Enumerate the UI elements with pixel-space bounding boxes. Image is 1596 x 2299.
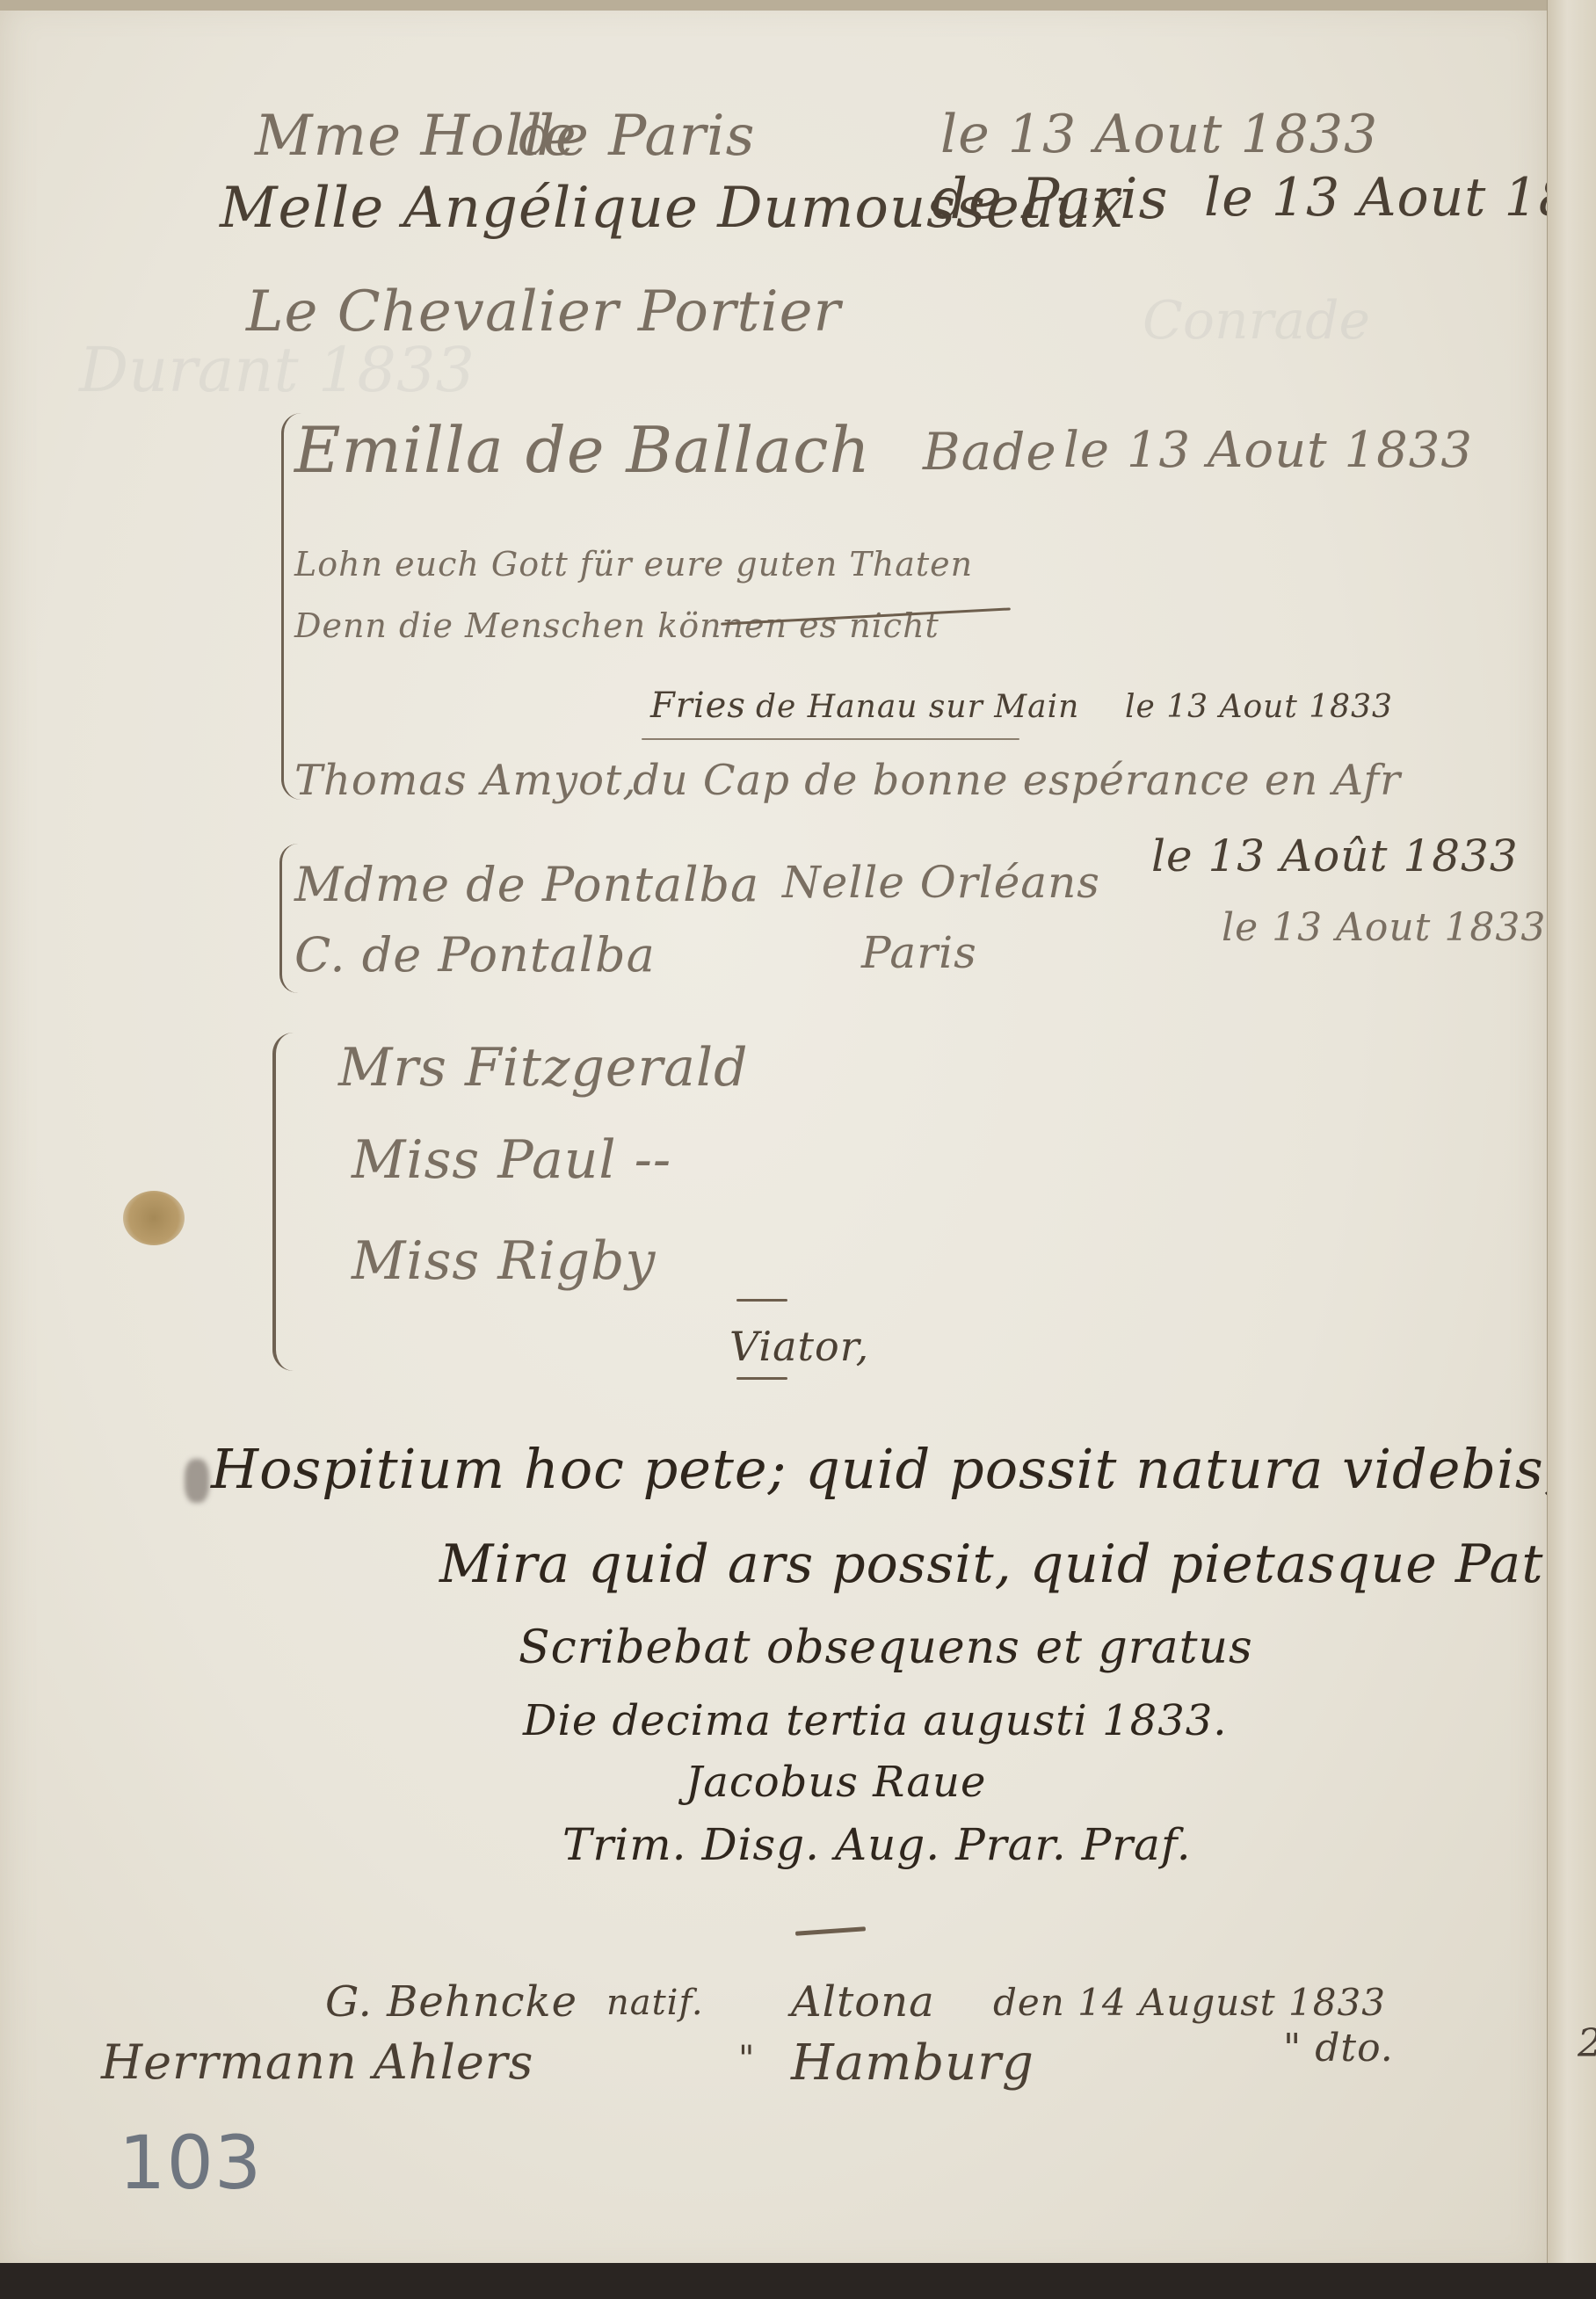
entry-name: C. de Pontalba: [294, 927, 656, 983]
heading-underline: [736, 1377, 787, 1380]
entry-name: Mdme de Pontalba: [294, 857, 759, 912]
book-bottom-edge: [0, 2263, 1596, 2299]
entry-name: Herrmann Ahlers: [101, 2034, 533, 2090]
entry-name: Miss Paul --: [352, 1129, 671, 1191]
entry-date: le 13 Aout 1833: [1125, 689, 1393, 725]
brace-bracket: [272, 1033, 295, 1371]
page-top-edge: [0, 0, 1547, 11]
entry-name: Emilla de Ballach: [294, 413, 871, 487]
pencil-page-number: 103: [119, 2120, 262, 2206]
adjacent-page-edge: [1547, 0, 1596, 2276]
entry-name: Mrs Fitzgerald: [338, 1037, 749, 1099]
entry-place: Bade: [923, 422, 1057, 482]
poem-line: Mira quid ars possit, quid pietasque Pat…: [439, 1534, 1596, 1595]
entry-note: ": [738, 2039, 755, 2079]
poem-heading: Viator,: [729, 1323, 869, 1370]
entry-name: Miss Rigby: [352, 1230, 656, 1292]
entry-date: le 13 Aout 1833: [1222, 905, 1546, 950]
section-divider: [795, 1926, 866, 1936]
poem-line: Scribebat obsequens et gratus: [519, 1621, 1253, 1674]
entry-date: den 14 August 1833: [993, 1981, 1386, 2024]
entry-date: le 13 Aout 1833: [1204, 167, 1596, 228]
entry-place: Altona: [791, 1977, 935, 2027]
entry-date: le 13 Aout 1833: [940, 104, 1378, 165]
entry-date: le 13 Août 1833: [1151, 830, 1519, 881]
entry-name: G. Behncke: [325, 1977, 577, 2027]
entry-date: le 13 Aout 1833: [1063, 422, 1473, 479]
bleed-through-text: Durant 1833: [79, 334, 475, 406]
entry-place: Hamburg: [791, 2034, 1034, 2092]
adjacent-page-mark: 2: [1578, 2021, 1596, 2066]
entry-place: de Paris: [519, 104, 755, 169]
verse-line: Lohn euch Gott für eure guten Thaten: [294, 545, 973, 584]
entry-place: du Cap de bonne espérance en Afr: [633, 756, 1401, 805]
entry-note: natif.: [606, 1983, 704, 2023]
entry-name: Thomas Amyot,: [294, 756, 637, 805]
heading-overline: [736, 1299, 787, 1302]
ink-stain: [123, 1191, 185, 1245]
manuscript-page: Durant 1833 Conrade Mme Holle de Paris l…: [0, 0, 1549, 2276]
poem-signature-title: Trim. Disg. Aug. Prar. Praf.: [562, 1819, 1192, 1870]
verse-line: Denn die Menschen können es nicht: [294, 606, 939, 645]
underline-stroke: [642, 738, 1019, 740]
entry-name: Fries: [650, 685, 746, 726]
ink-smudge: [185, 1459, 209, 1503]
entry-name: Le Chevalier Portier: [246, 279, 841, 344]
bleed-through-text: Conrade: [1143, 290, 1370, 352]
poem-line: Die decima tertia augusti 1833.: [523, 1696, 1228, 1745]
entry-place: de Paris: [932, 167, 1168, 232]
poem-line: Hospitium hoc pete; quid possit natura v…: [211, 1437, 1562, 1501]
entry-date: " dto.: [1283, 2026, 1394, 2071]
poem-signature: Jacobus Raue: [686, 1758, 986, 1807]
entry-place: de Hanau sur Main: [756, 689, 1079, 725]
entry-place: Paris: [861, 927, 977, 978]
entry-place: Nelle Orléans: [782, 857, 1100, 908]
